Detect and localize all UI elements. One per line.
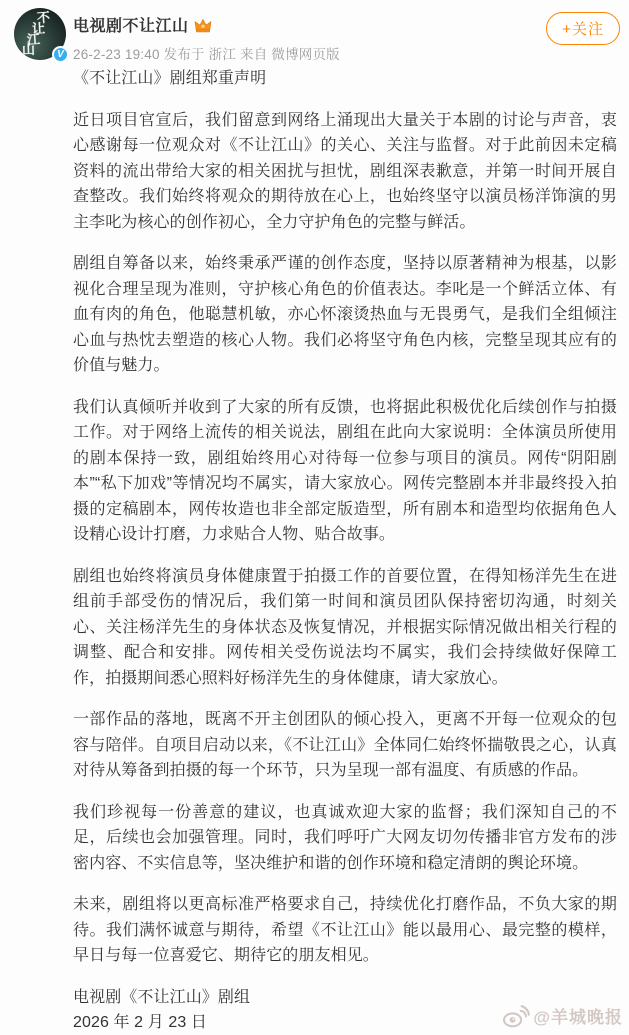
avatar[interactable]: 不 让 江 山 V <box>14 8 66 60</box>
post-paragraph: 剧组也始终将演员身体健康置于拍摄工作的首要位置，在得知杨洋先生在进组前手部受伤的… <box>73 564 617 692</box>
header-info: 电视剧不让江山 26-2-23 19:40 发布于 浙江 来自 微博网页版 <box>14 8 621 63</box>
post-paragraph: 剧组自筹备以来，始终秉承严谨的创作态度，坚持以原著精神为根基，以影视化合理呈现为… <box>73 251 617 379</box>
weibo-post-card: 不 让 江 山 V 电视剧不让江山 26-2-23 19:40 发布于 浙江 来… <box>0 0 629 1035</box>
verified-blue-v-icon: V <box>52 46 69 63</box>
signature: 电视剧《不让江山》剧组 <box>73 985 617 1011</box>
follow-button[interactable]: +关注 <box>546 12 620 45</box>
post-title: 《不让江山》剧组郑重声明 <box>73 66 617 92</box>
post-paragraph: 我们认真倾听并收到了大家的所有反馈，也将据此积极优化后续创作与拍摄工作。对于网络… <box>73 395 617 548</box>
post-paragraph: 近日项目官宣后，我们留意到网络上涌现出大量关于本剧的讨论与声音，衷心感谢每一位观… <box>73 108 617 236</box>
avatar-calligraphy-char: 山 <box>22 44 35 57</box>
vip-crown-icon <box>194 18 212 33</box>
username[interactable]: 电视剧不让江山 <box>73 13 189 36</box>
post-content: 《不让江山》剧组郑重声明 近日项目官宣后，我们留意到网络上涌现出大量关于本剧的讨… <box>0 58 629 1035</box>
post-meta-timestamp: 26-2-23 19:40 发布于 浙江 来自 微博网页版 <box>73 43 621 63</box>
post-paragraphs: 近日项目官宣后，我们留意到网络上涌现出大量关于本剧的讨论与声音，衷心感谢每一位观… <box>73 108 617 969</box>
signature-date: 2026 年 2 月 23 日 <box>73 1010 617 1035</box>
post-paragraph: 未来，剧组将以更高标准严格要求自己，持续优化打磨作品，不负大家的期待。我们满怀诚… <box>73 892 617 969</box>
post-paragraph: 一部作品的落地，既离不开主创团队的倾心投入，更离不开每一位观众的包容与陪伴。自项… <box>73 707 617 784</box>
post-header: 不 让 江 山 V 电视剧不让江山 26-2-23 19:40 发布于 浙江 来… <box>0 0 629 58</box>
post-paragraph: 我们珍视每一份善意的建议，也真诚欢迎大家的监督；我们深知自己的不足，后续也会加强… <box>73 800 617 877</box>
